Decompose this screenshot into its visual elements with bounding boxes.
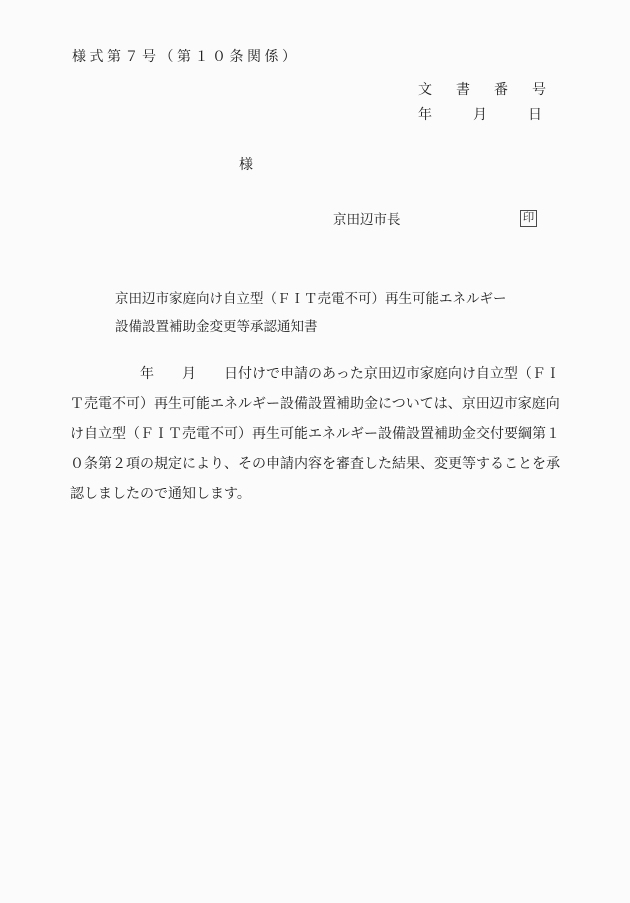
title-line: 設備設置補助金変更等承認通知書: [115, 313, 507, 341]
seal-mark: 印: [520, 210, 537, 227]
doc-number-char: 番: [494, 84, 508, 98]
form-number-label: 様式第７号（第１０条関係）: [72, 51, 300, 65]
doc-number-char: 号: [532, 84, 546, 98]
body-paragraph: 年 月 日付けで申請のあった京田辺市家庭向け自立型（ＦＩ Ｔ売電不可）再生可能エ…: [70, 360, 580, 510]
doc-number-char: 文: [418, 84, 432, 98]
title-line: 京田辺市家庭向け自立型（ＦＩＴ売電不可）再生可能エネルギー: [115, 285, 507, 313]
body-line: ０条第２項の規定により、その申請内容を審査した結果、変更等することを承: [70, 450, 580, 480]
body-line: け自立型（ＦＩＴ売電不可）再生可能エネルギー設備設置補助金交付要綱第１: [70, 420, 580, 450]
sender-name: 京田辺市長: [333, 213, 401, 227]
notice-title: 京田辺市家庭向け自立型（ＦＩＴ売電不可）再生可能エネルギー 設備設置補助金変更等…: [115, 285, 507, 341]
doc-number-char: 書: [456, 84, 470, 98]
date-day-label: 日: [528, 109, 542, 123]
document-page: 様式第７号（第１０条関係） 文 書 番 号 年 月 日 様 京田辺市長 印 京田…: [0, 0, 630, 903]
date-month-label: 月: [473, 109, 487, 123]
body-line: 年 月 日付けで申請のあった京田辺市家庭向け自立型（ＦＩ: [70, 360, 580, 390]
body-line: Ｔ売電不可）再生可能エネルギー設備設置補助金については、京田辺市家庭向: [70, 390, 580, 420]
date-line: 年 月 日: [418, 109, 542, 123]
body-line: 認しましたので通知します。: [70, 480, 580, 510]
date-year-label: 年: [418, 109, 432, 123]
addressee-honorific: 様: [239, 159, 253, 173]
doc-number-line: 文 書 番 号: [418, 84, 546, 98]
